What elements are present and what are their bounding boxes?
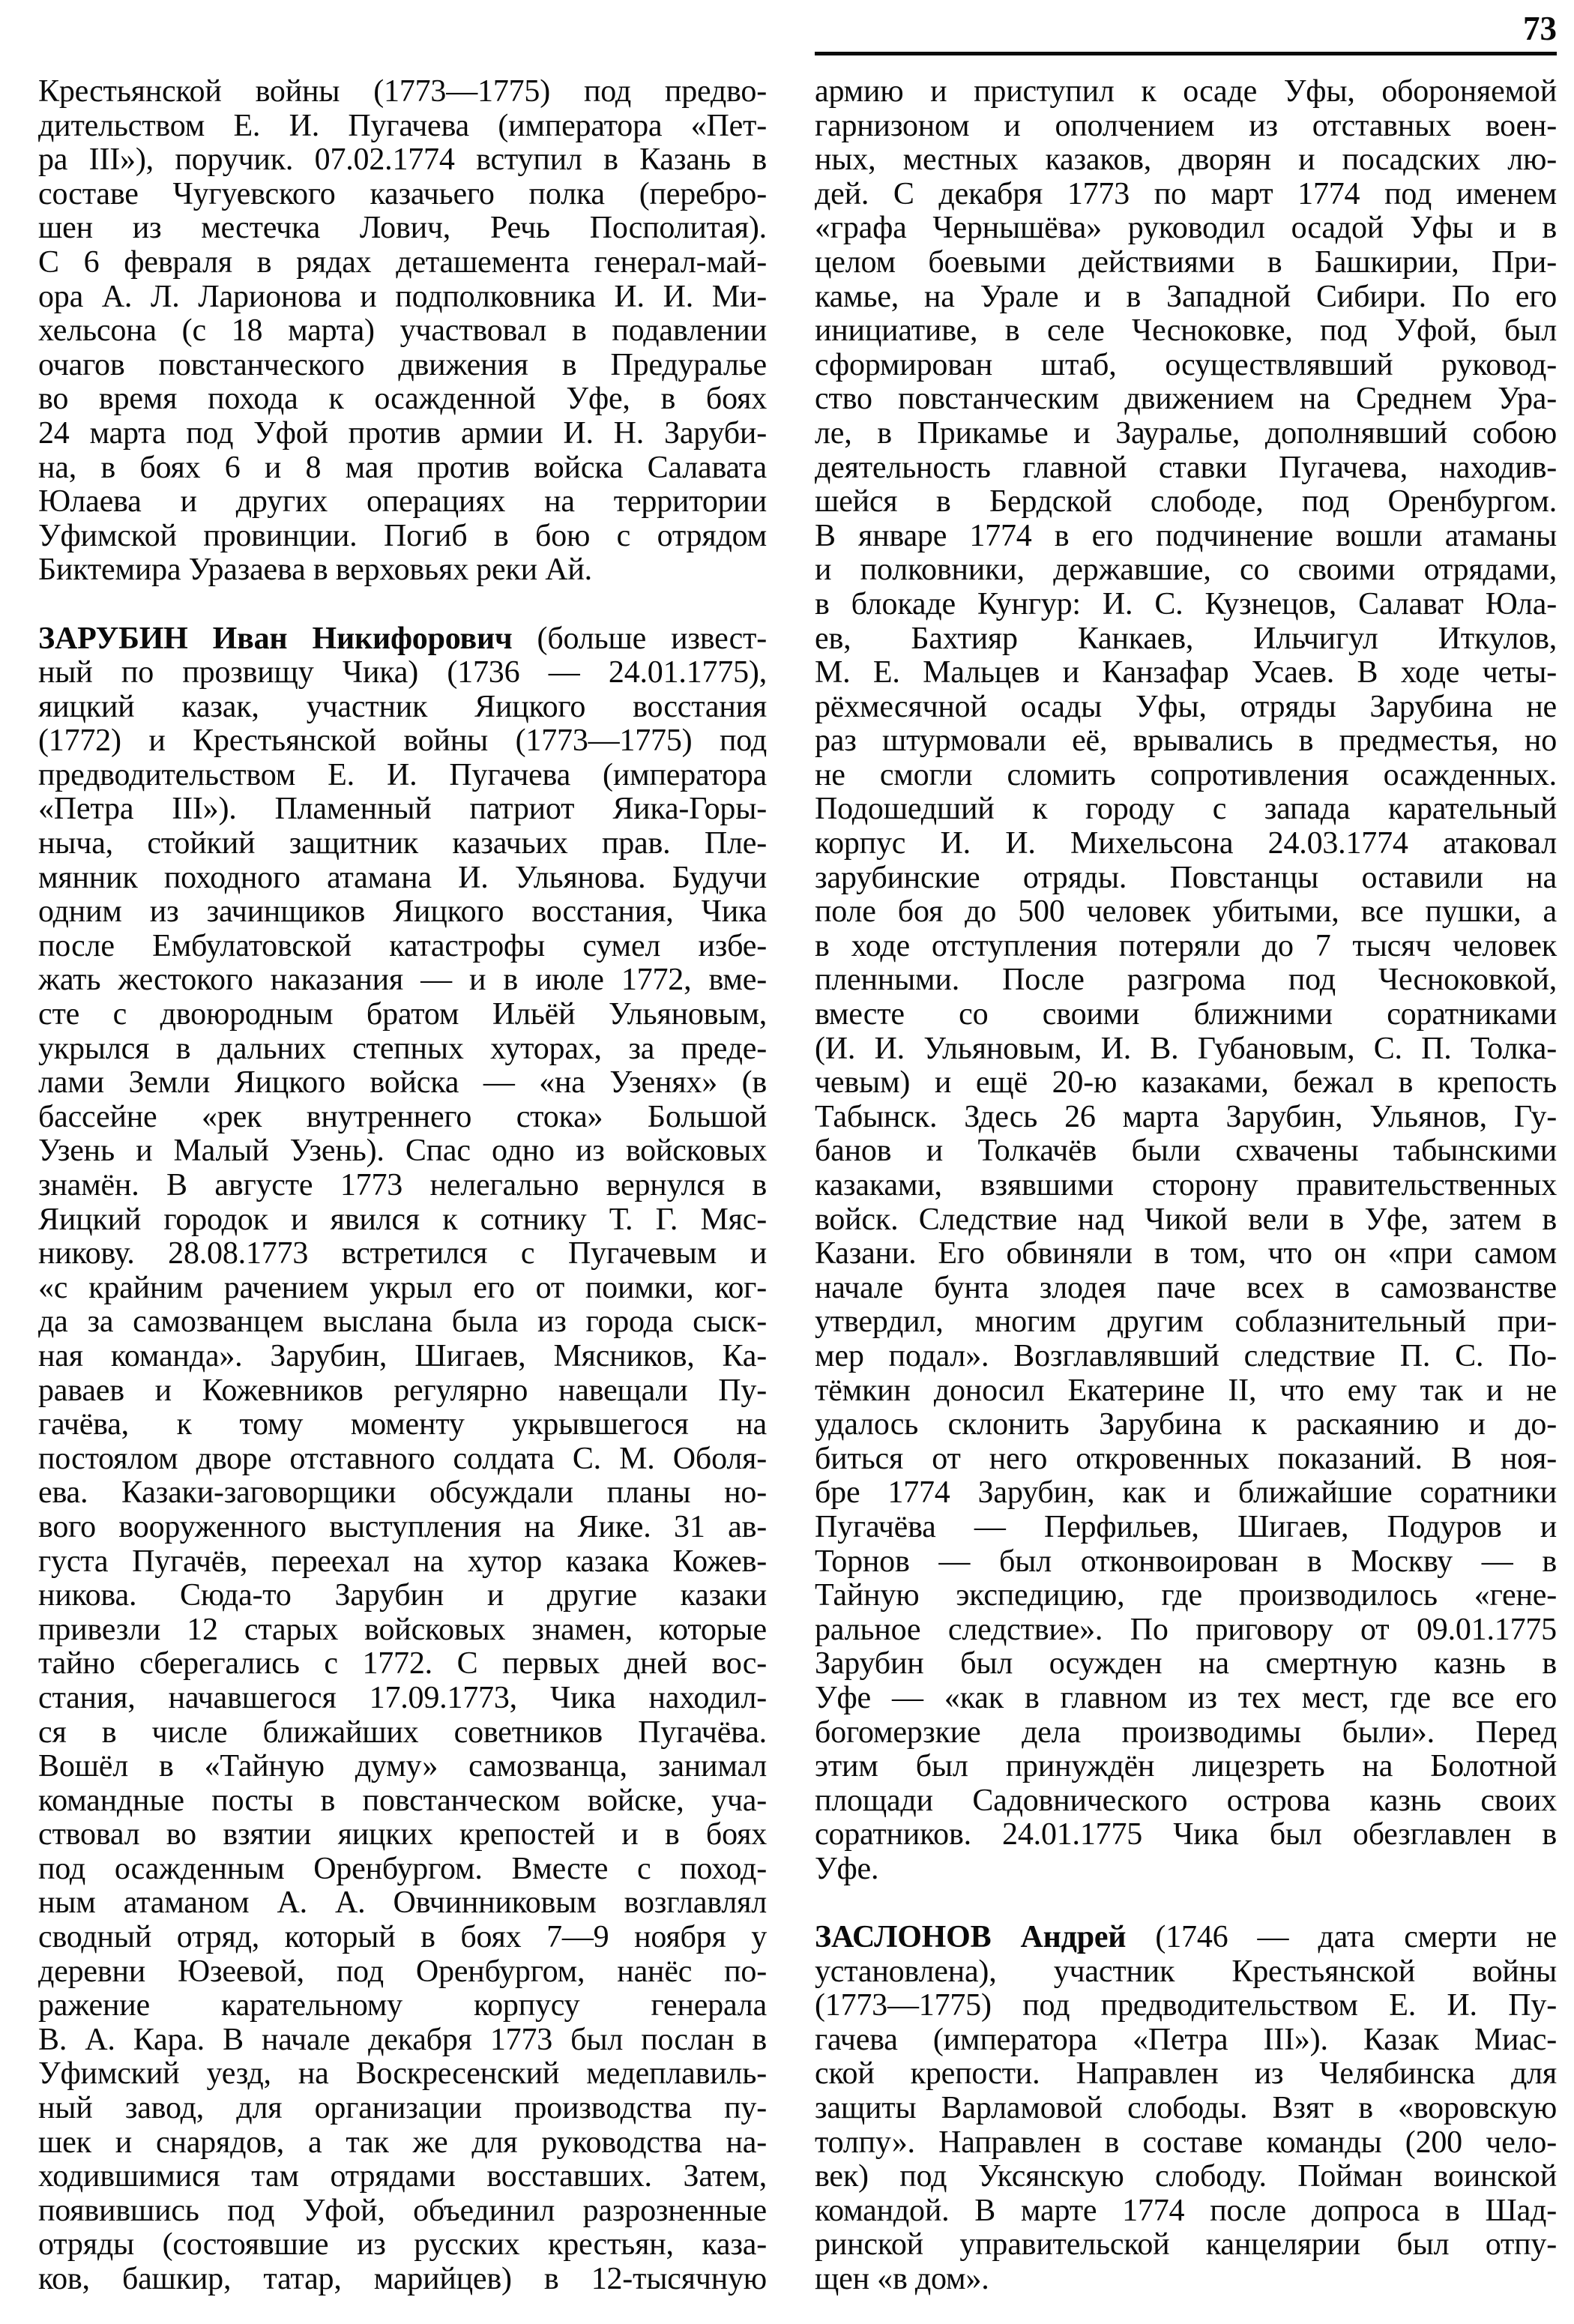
column-left: Крестьянской войны (1773—1775) под предв… — [38, 75, 767, 2297]
text-line: Казани. Его обвиняли в том, что он «при … — [815, 1237, 1557, 1271]
text-line: ра III»), поручик. 07.02.1774 вступил в … — [38, 143, 767, 178]
text-line: появившись под Уфой, объединил разрознен… — [38, 2194, 767, 2229]
text-line: ской крепости. Направлен из Челябинска д… — [815, 2057, 1557, 2092]
continuation-block: Крестьянской войны (1773—1775) под предв… — [38, 75, 767, 588]
text-line: яицкий казак, участник Яицкого восстания — [38, 690, 767, 725]
text-line: деревни Юзеевой, под Оренбургом, нанёс п… — [38, 1955, 767, 1990]
text-line: камье, на Урале и в Западной Сибири. По … — [815, 280, 1557, 315]
text-line: ринской управительской канцелярии был от… — [815, 2228, 1557, 2263]
text-line: ся в числе ближайших советников Пугачёва… — [38, 1716, 767, 1750]
text-line: соратников. 24.01.1775 Чика был обезглав… — [815, 1818, 1557, 1852]
text-line: войск. Следствие над Чикой вели в Уфе, з… — [815, 1203, 1557, 1238]
text-line: дей. С декабря 1773 по март 1774 под име… — [815, 178, 1557, 212]
text-line: Уфимской провинции. Погиб в бою с отрядо… — [38, 520, 767, 554]
text-line: привезли 12 старых войсковых знамен, кот… — [38, 1613, 767, 1648]
text-line: инициативе, в селе Чесноковке, под Уфой,… — [815, 314, 1557, 349]
text-line: Вошёл в «Тайную думу» самозванца, занима… — [38, 1750, 767, 1784]
text-line: никова. Сюда-то Зарубин и другие казаки — [38, 1579, 767, 1613]
text-line: сформирован штаб, осуществлявший руковод… — [815, 349, 1557, 383]
text-line: ле, в Прикамье и Зауралье, дополнявший с… — [815, 417, 1557, 451]
text-line: ральное следствие». По приговору от 09.0… — [815, 1613, 1557, 1648]
text-line: Подошедший к городу с запада карательный — [815, 792, 1557, 827]
column-right: армию и приступил к осаде Уфы, обороняем… — [815, 75, 1557, 2297]
text-line: Яицкий городок и явился к сотнику Т. Г. … — [38, 1203, 767, 1238]
text-line: удалось склонить Зарубина к раскаянию и … — [815, 1408, 1557, 1442]
text-line: гарнизоном и ополчением из отставных вое… — [815, 109, 1557, 144]
page-number: 73 — [815, 12, 1557, 46]
text-line: Узень и Малый Узень). Спас одно из войск… — [38, 1134, 767, 1169]
text-line: во время похода к осажденной Уфе, в боях — [38, 382, 767, 417]
text-line: ЗАСЛОНОВ Андрей (1746 — дата смерти не — [815, 1921, 1557, 1955]
text-line: В январе 1774 в его подчинение вошли ата… — [815, 520, 1557, 554]
text-line: гачева (императора «Петра III»). Казак М… — [815, 2023, 1557, 2058]
text-line: одним из зачинщиков Яицкого восстания, Ч… — [38, 895, 767, 930]
text-line: Зарубин был осужден на смертную казнь в — [815, 1647, 1557, 1682]
text-line: стания, начавшегося 17.09.1773, Чика нах… — [38, 1682, 767, 1716]
text-line: Биктемира Уразаева в верховьях реки Ай. — [38, 553, 767, 588]
text-line: мер подал». Возглавлявший следствие П. С… — [815, 1340, 1557, 1374]
text-line: ным атаманом А. А. Овчинниковым возглавл… — [38, 1886, 767, 1921]
text-line: мянник походного атамана И. Ульянова. Бу… — [38, 861, 767, 896]
header-rule — [815, 52, 1557, 55]
text-line: сводный отряд, который в боях 7—9 ноября… — [38, 1921, 767, 1955]
text-line: деятельность главной ставки Пугачева, на… — [815, 451, 1557, 486]
text-line: ныча, стойкий защитник казачьих прав. Пл… — [38, 827, 767, 861]
text-line: под осажденным Оренбургом. Вместе с похо… — [38, 1852, 767, 1887]
text-line: густа Пугачёв, переехал на хутор казака … — [38, 1545, 767, 1580]
text-line: знамён. В августе 1773 нелегально вернул… — [38, 1169, 767, 1203]
text-line: лами Земли Яицкого войска — «на Узенях» … — [38, 1066, 767, 1101]
text-line: Юлаева и других операциях на территории — [38, 485, 767, 520]
text-line: ный по прозвищу Чика) (1736 — 24.01.1775… — [38, 656, 767, 690]
text-line: Уфе. — [815, 1852, 1557, 1887]
text-line: в ходе отступления потеряли до 7 тысяч ч… — [815, 930, 1557, 964]
text-line: укрылся в дальних степных хуторах, за пр… — [38, 1032, 767, 1067]
text-line: ходившимися там отрядами восставших. Зат… — [38, 2160, 767, 2194]
text-line: да за самозванцем выслана была из города… — [38, 1305, 767, 1340]
text-line: командные посты в повстанческом войске, … — [38, 1784, 767, 1819]
text-line: тёмкин доносил Екатерине II, что ему так… — [815, 1374, 1557, 1409]
text-line: после Ембулатовской катастрофы сумел изб… — [38, 930, 767, 964]
text-line: поле боя до 500 человек убитыми, все пуш… — [815, 895, 1557, 930]
text-line: 24 марта под Уфой против армии И. Н. Зар… — [38, 417, 767, 451]
text-line: Пугачёва — Перфильев, Шигаев, Подуров и — [815, 1511, 1557, 1545]
text-line: бре 1774 Зарубин, как и ближайшие соратн… — [815, 1476, 1557, 1511]
text-line: ражение карательному корпусу генерала — [38, 1989, 767, 2023]
text-line: этим был принуждён лицезреть на Болотной — [815, 1750, 1557, 1784]
text-line: пленными. После разгрома под Чесноковкой… — [815, 963, 1557, 998]
text-line: начале бунта злодея паче всех в самозван… — [815, 1271, 1557, 1306]
text-line: вместе со своими ближними соратниками — [815, 998, 1557, 1032]
text-line: чевым) и ещё 20-ю казаками, бежал в креп… — [815, 1066, 1557, 1101]
text-line: вого вооруженного выступления на Яике. 3… — [38, 1511, 767, 1545]
text-line: (И. И. Ульяновым, И. В. Губановым, С. П.… — [815, 1032, 1557, 1067]
text-line: не смогли сломить сопротивления осажденн… — [815, 759, 1557, 793]
text-line: ный завод, для организации производства … — [38, 2092, 767, 2126]
text-line: предводительством Е. И. Пугачева (импера… — [38, 759, 767, 793]
text-line: век) под Уксянскую слободу. Пойман воинс… — [815, 2160, 1557, 2194]
text-line: (1772) и Крестьянской войны (1773—1775) … — [38, 724, 767, 759]
text-line: ева. Казаки-заговорщики обсуждали планы … — [38, 1476, 767, 1511]
text-line: установлена), участник Крестьянской войн… — [815, 1955, 1557, 1990]
text-line: В. А. Кара. В начале декабря 1773 был по… — [38, 2023, 767, 2058]
continuation-block: армию и приступил к осаде Уфы, обороняем… — [815, 75, 1557, 1886]
text-line: Уфе — «как в главном из тех мест, где вс… — [815, 1682, 1557, 1716]
text-line: Торнов — был отконвоирован в Москву — в — [815, 1545, 1557, 1580]
entry-headword: ЗАРУБИН Иван Никифорович — [38, 621, 512, 656]
text-line: Тайную экспедицию, где производилось «ге… — [815, 1579, 1557, 1613]
text-line: рёхмесячной осады Уфы, отряды Зарубина н… — [815, 690, 1557, 725]
text-line: толпу». Направлен в составе команды (200… — [815, 2126, 1557, 2161]
text-line: защиты Варламовой слободы. Взят в «воров… — [815, 2092, 1557, 2126]
text-line: постоялом дворе отставного солдата С. М.… — [38, 1442, 767, 1477]
text-line: раз штурмовали её, врывались в предместь… — [815, 724, 1557, 759]
text-line: дительством Е. И. Пугачева (императора «… — [38, 109, 767, 144]
text-line: очагов повстанческого движения в Предура… — [38, 349, 767, 383]
text-line: С 6 февраля в рядах деташемента генерал-… — [38, 246, 767, 280]
text-line: (1773—1775) под предводительством Е. И. … — [815, 1989, 1557, 2023]
dictionary-entry: ЗАРУБИН Иван Никифорович (больше извест-… — [38, 622, 767, 2297]
text-line: ство повстанческим движением на Среднем … — [815, 382, 1557, 417]
text-line: бассейне «рек внутреннего стока» Большой — [38, 1101, 767, 1135]
text-line: составе Чугуевского казачьего полка (пер… — [38, 178, 767, 212]
text-line: на, в боях 6 и 8 мая против войска Салав… — [38, 451, 767, 486]
text-line: ная команда». Зарубин, Шигаев, Мясников,… — [38, 1340, 767, 1374]
text-line: и полковники, державшие, со своими отряд… — [815, 553, 1557, 588]
text-line: «Петра III»). Пламенный патриот Яика-Гор… — [38, 792, 767, 827]
text-line: раваев и Кожевников регулярно навещали П… — [38, 1374, 767, 1409]
text-line: гачёва, к тому моменту укрывшегося на — [38, 1408, 767, 1442]
text-line: утвердил, многим другим соблазнительный … — [815, 1305, 1557, 1340]
text-line: ора А. Л. Ларионова и подполковника И. И… — [38, 280, 767, 315]
text-line: «графа Чернышёва» руководил осадой Уфы и… — [815, 211, 1557, 246]
text-line: зарубинские отряды. Повстанцы оставили н… — [815, 861, 1557, 896]
text-line: сте с двоюродным братом Ильёй Ульяновым, — [38, 998, 767, 1032]
text-line: целом боевыми действиями в Башкирии, При… — [815, 246, 1557, 280]
text-line: биться от него откровенных показаний. В … — [815, 1442, 1557, 1477]
text-line: никову. 28.08.1773 встретился с Пугачевы… — [38, 1237, 767, 1271]
text-line: корпус И. И. Михельсона 24.03.1774 атако… — [815, 827, 1557, 861]
text-line: казаками, взявшими сторону правительстве… — [815, 1169, 1557, 1203]
text-line: шейся в Бердской слободе, под Оренбургом… — [815, 485, 1557, 520]
entry-headword: ЗАСЛОНОВ Андрей — [815, 1920, 1126, 1954]
book-page: 73 Крестьянской войны (1773—1775) под пр… — [0, 0, 1574, 2324]
text-line: ных, местных казаков, дворян и посадских… — [815, 143, 1557, 178]
text-line: командой. В марте 1774 после допроса в Ш… — [815, 2194, 1557, 2229]
text-line: хельсона (с 18 марта) участвовал в подав… — [38, 314, 767, 349]
text-line: армию и приступил к осаде Уфы, обороняем… — [815, 75, 1557, 109]
text-line: богомерзкие дела производимы были». Пере… — [815, 1716, 1557, 1750]
text-line: площади Садовнического острова казнь сво… — [815, 1784, 1557, 1819]
text-line: отряды (состоявшие из русских крестьян, … — [38, 2228, 767, 2263]
text-line: в блокаде Кунгур: И. С. Кузнецов, Салава… — [815, 588, 1557, 622]
text-line: ков, башкир, татар, марийцев) в 12-тысяч… — [38, 2263, 767, 2297]
text-line: тайно сберегались с 1772. С первых дней … — [38, 1647, 767, 1682]
text-line: Уфимский уезд, на Воскресенский медеплав… — [38, 2057, 767, 2092]
text-line: банов и Толкачёв были схвачены табынским… — [815, 1134, 1557, 1169]
text-line: жать жестокого наказания — и в июле 1772… — [38, 963, 767, 998]
text-line: Крестьянской войны (1773—1775) под предв… — [38, 75, 767, 109]
text-line: «с крайним рачением укрыл его от поимки,… — [38, 1271, 767, 1306]
dictionary-entry: ЗАСЛОНОВ Андрей (1746 — дата смерти неус… — [815, 1921, 1557, 2297]
text-line: ЗАРУБИН Иван Никифорович (больше извест- — [38, 622, 767, 657]
text-line: Табынск. Здесь 26 марта Зарубин, Ульянов… — [815, 1101, 1557, 1135]
text-line: ствовал во взятии яицких крепостей и в б… — [38, 1818, 767, 1852]
text-line: шен из местечка Лович, Речь Посполитая). — [38, 211, 767, 246]
text-line: М. Е. Мальцев и Канзафар Усаев. В ходе ч… — [815, 656, 1557, 690]
text-line: шек и снарядов, а так же для руководства… — [38, 2126, 767, 2161]
text-line: ев, Бахтияр Канкаев, Ильчигул Иткулов, — [815, 622, 1557, 657]
text-line: щен «в дом». — [815, 2263, 1557, 2297]
